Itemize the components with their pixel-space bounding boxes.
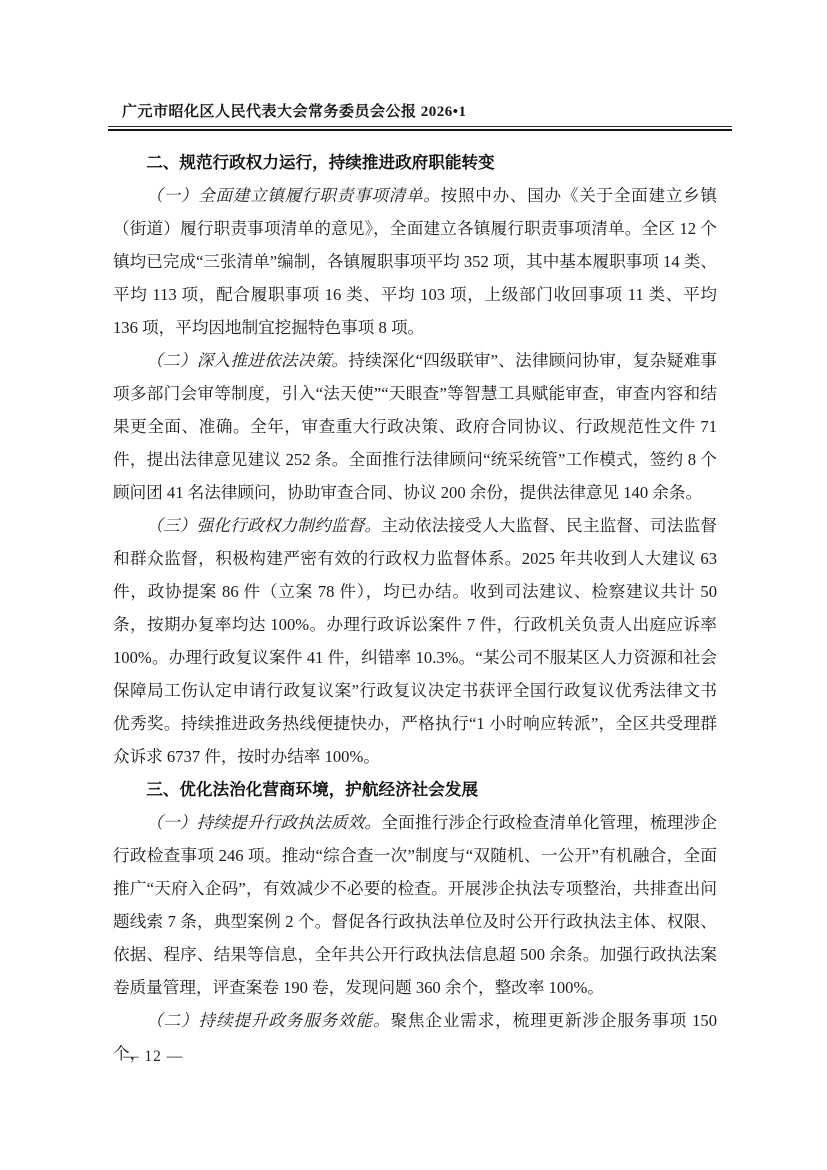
paragraph: （一）持续提升行政执法质效。全面推行涉企行政检查清单化管理，梳理涉企行政检查事项… [113,806,717,1004]
section-heading: 二、规范行政权力运行，持续推进政府职能转变 [113,146,717,179]
header-double-rule [108,126,732,131]
paragraph: （二）持续提升政务服务效能。聚焦企业需求，梳理更新涉企服务事项 150 个， [113,1004,717,1070]
paragraph-text: 按照中办、国办《关于全面建立乡镇（街道）履行职责事项清单的意见》，全面建立各镇履… [113,186,717,337]
section-3: 三、优化法治化营商环境，护航经济社会发展 （一）持续提升行政执法质效。全面推行涉… [113,773,717,1070]
paragraph-lead: （二）深入推进依法决策。 [146,351,348,370]
paragraph: （一）全面建立镇履行职责事项清单。按照中办、国办《关于全面建立乡镇（街道）履行职… [113,179,717,344]
page-footer: — 12 — [123,1048,183,1066]
paragraph: （三）强化行政权力制约监督。主动依法接受人大监督、民主监督、司法监督和群众监督，… [113,509,717,773]
paragraph-lead: （三）强化行政权力制约监督。 [146,516,381,535]
page-number: — 12 — [123,1048,183,1065]
bulletin-title: 广元市昭化区人民代表大会常务委员会公报 2026•1 [108,100,732,121]
paragraph-lead: （一）持续提升行政执法质效。 [146,813,381,832]
section-heading: 三、优化法治化营商环境，护航经济社会发展 [113,773,717,806]
paragraph: （二）深入推进依法决策。持续深化“四级联审”、法律顾问协审，复杂疑难事项多部门会… [113,344,717,509]
paragraph-text: 持续深化“四级联审”、法律顾问协审，复杂疑难事项多部门会审等制度，引入“法天使”… [113,351,717,502]
document-body: 二、规范行政权力运行，持续推进政府职能转变 （一）全面建立镇履行职责事项清单。按… [113,146,717,1070]
paragraph-lead: （一）全面建立镇履行职责事项清单。 [146,186,440,205]
paragraph-text: 主动依法接受人大监督、民主监督、司法监督和群众监督，积极构建严密有效的行政权力监… [113,516,717,766]
header-rule-thick [108,129,732,131]
document-page: 广元市昭化区人民代表大会常务委员会公报 2026•1 二、规范行政权力运行，持续… [0,0,827,1170]
page-header: 广元市昭化区人民代表大会常务委员会公报 2026•1 [108,100,732,131]
paragraph-lead: （二）持续提升政务服务效能。 [146,1011,390,1030]
paragraph-text: 全面推行涉企行政检查清单化管理，梳理涉企行政检查事项 246 项。推动“综合查一… [113,813,717,997]
header-rule-thin [108,126,732,127]
section-2: 二、规范行政权力运行，持续推进政府职能转变 （一）全面建立镇履行职责事项清单。按… [113,146,717,773]
